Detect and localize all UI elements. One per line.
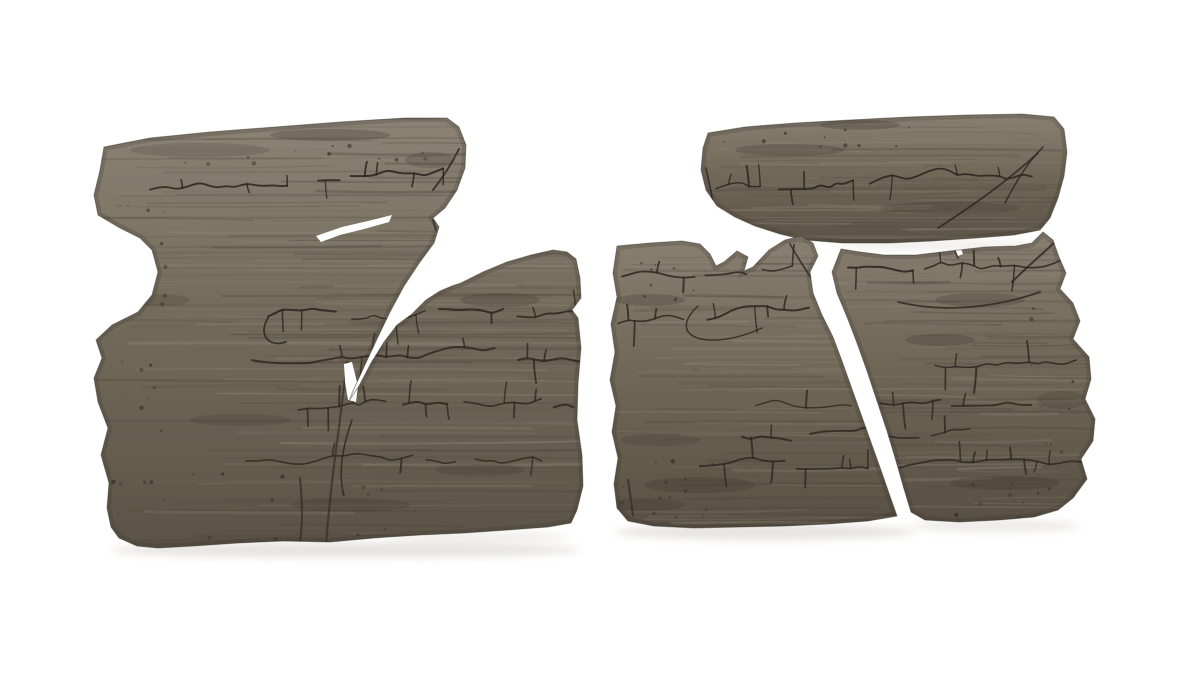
tablet-photo-canvas [0, 0, 1200, 675]
left-tablet-fragment [94, 118, 585, 548]
tablet-photograph [0, 0, 1200, 675]
right-strip-fragment [701, 114, 1067, 243]
